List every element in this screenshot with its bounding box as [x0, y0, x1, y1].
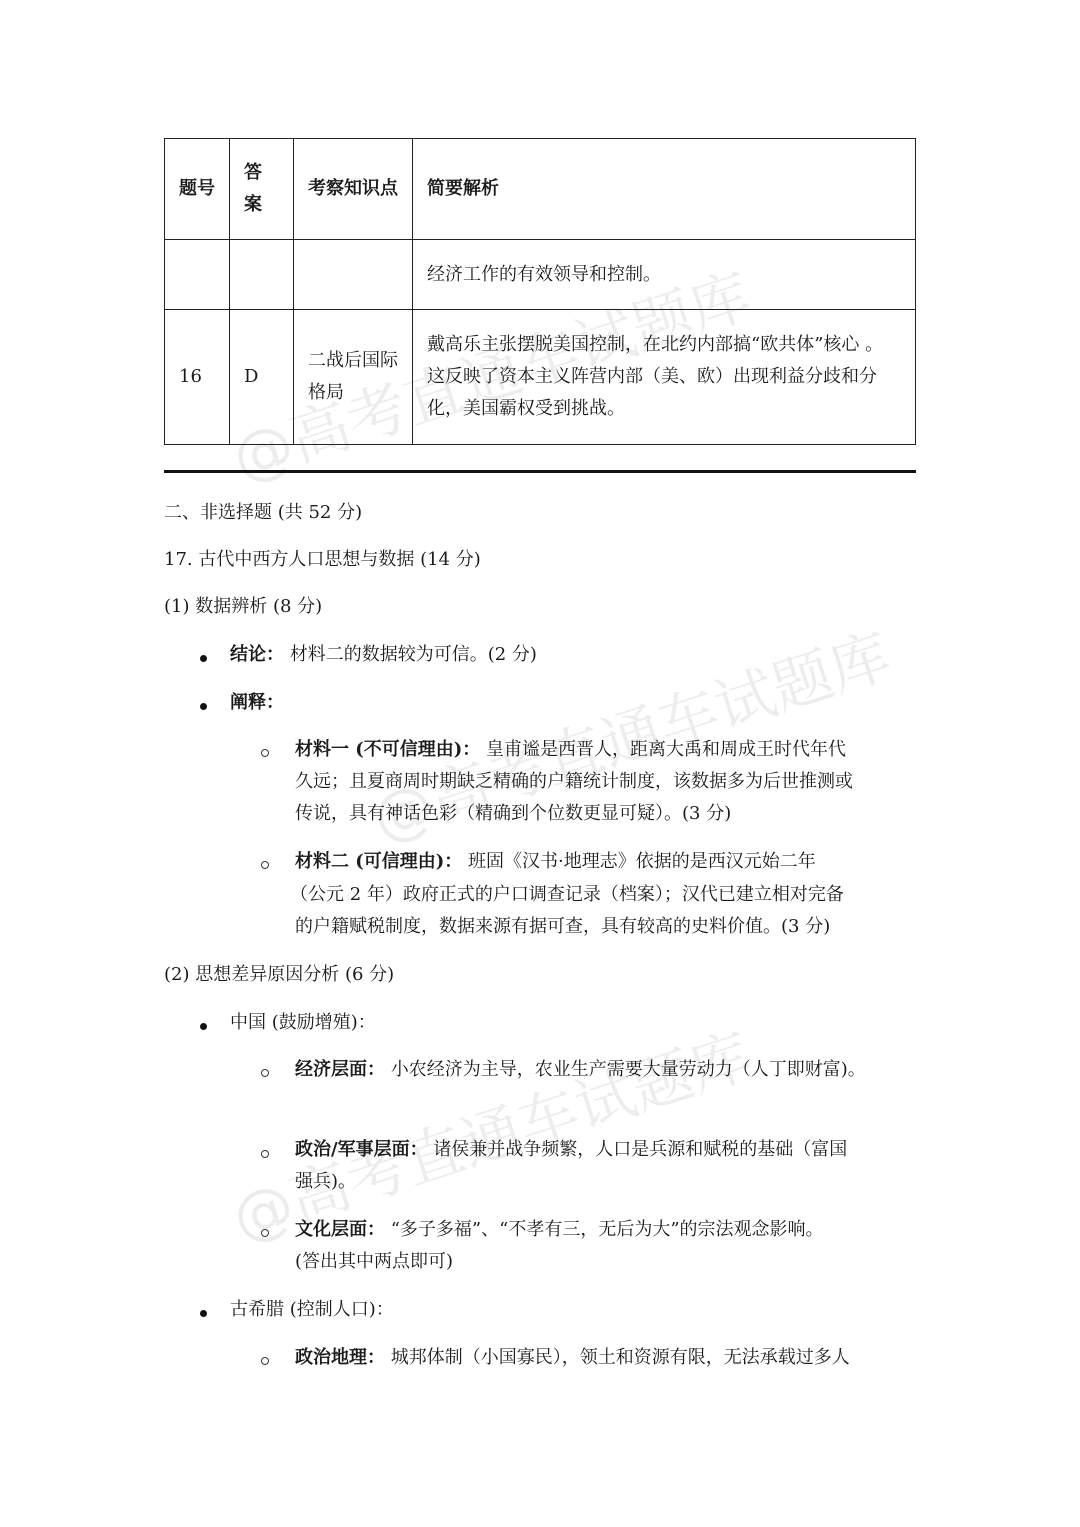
china-label: 中国 (鼓励增殖)： [230, 1007, 376, 1039]
conclusion-text: 材料二的数据较为可信。(2 分) [290, 644, 537, 665]
cell-num: 16 [165, 310, 230, 445]
header-num: 题号 [165, 139, 230, 240]
cell-num [165, 240, 230, 310]
material1-label: 材料一 (不可信理由)： [295, 739, 480, 760]
material2-line3: 的户籍赋税制度，数据来源有据可查，具有较高的史料价值。(3 分) [295, 911, 830, 943]
conclusion-label: 结论： [230, 644, 284, 665]
question-title: 17. 古代中西方人口思想与数据 (14 分) [164, 544, 481, 576]
part2-title: (2) 思想差异原因分析 (6 分) [164, 959, 394, 991]
bullet-icon [200, 1023, 207, 1030]
conclusion: 结论： 材料二的数据较为可信。(2 分) [230, 639, 537, 671]
politics-label: 政治/军事层面： [295, 1139, 428, 1160]
section-title: 二、非选择题 (共 52 分) [164, 497, 362, 529]
circle-bullet-icon [261, 1150, 269, 1158]
politics-line1: 政治/军事层面： 诸侯兼并战争频繁，人口是兵源和赋税的基础（富国 [295, 1134, 847, 1166]
cell-topic [294, 240, 413, 310]
economy-line: 经济层面： 小农经济为主导，农业生产需要大量劳动力（人丁即财富)。 [295, 1054, 866, 1086]
material2-line1: 材料二 (可信理由)： 班固《汉书·地理志》依据的是西汉元始二年 [295, 846, 816, 878]
header-topic: 考察知识点 [294, 139, 413, 240]
cell-topic: 二战后国际格局 [294, 310, 413, 445]
divider [164, 470, 916, 473]
bullet-icon [200, 1310, 207, 1317]
material1-line3: 传说，具有神话色彩（精确到个位数更显可疑）。(3 分) [295, 798, 731, 830]
geography-line: 政治地理： 城邦体制（小国寡民），领土和资源有限，无法承载过多人 [295, 1342, 850, 1374]
culture-note: (答出其中两点即可) [295, 1246, 453, 1278]
document-page: @高考直通车试题库 @高考直通车试题库 @高考直通车试题库 题号 答案 考察知识… [0, 0, 1080, 1527]
economy-text: 小农经济为主导，农业生产需要大量劳动力（人丁即财富)。 [391, 1059, 866, 1080]
culture-line: 文化层面： “多子多福”、“不孝有三，无后为大”的宗法观念影响。 [295, 1214, 824, 1246]
geography-text: 城邦体制（小国寡民），领土和资源有限，无法承载过多人 [391, 1347, 850, 1368]
header-analysis: 简要解析 [413, 139, 916, 240]
cell-analysis: 经济工作的有效领导和控制。 [413, 240, 916, 310]
cell-answer [230, 240, 294, 310]
culture-label: 文化层面： [295, 1219, 385, 1240]
circle-bullet-icon [261, 1357, 269, 1365]
explain-label: 阐释： [230, 687, 284, 719]
cell-answer: D [230, 310, 294, 445]
material1-text: 皇甫谧是西晋人，距离大禹和周成王时代年代 [486, 739, 846, 760]
circle-bullet-icon [261, 749, 269, 757]
material2-text: 班固《汉书·地理志》依据的是西汉元始二年 [468, 851, 816, 872]
table-row: 16 D 二战后国际格局 戴高乐主张摆脱美国控制，在北约内部搞“欧共体”核心 。… [165, 310, 916, 445]
material2-line2: （公元 2 年）政府正式的户口调查记录（档案）；汉代已建立相对完备 [290, 879, 844, 911]
bullet-icon [200, 703, 207, 710]
answer-table: 题号 答案 考察知识点 简要解析 经济工作的有效领导和控制。 16 D 二战后国… [164, 138, 916, 445]
material2-label: 材料二 (可信理由)： [295, 851, 462, 872]
circle-bullet-icon [261, 861, 269, 869]
part1-title: (1) 数据辨析 (8 分) [164, 591, 322, 623]
economy-label: 经济层面： [295, 1059, 385, 1080]
material1-line2: 久远；且夏商周时期缺乏精确的户籍统计制度，该数据多为后世推测或 [295, 766, 853, 798]
politics-line2: 强兵)。 [295, 1166, 356, 1198]
circle-bullet-icon [261, 1229, 269, 1237]
politics-text: 诸侯兼并战争频繁，人口是兵源和赋税的基础（富国 [433, 1139, 847, 1160]
table-row: 经济工作的有效领导和控制。 [165, 240, 916, 310]
header-answer: 答案 [230, 139, 294, 240]
greece-label: 古希腊 (控制人口)： [230, 1294, 394, 1326]
table-header-row: 题号 答案 考察知识点 简要解析 [165, 139, 916, 240]
material1-line1: 材料一 (不可信理由)： 皇甫谧是西晋人，距离大禹和周成王时代年代 [295, 734, 846, 766]
cell-analysis: 戴高乐主张摆脱美国控制，在北约内部搞“欧共体”核心 。这反映了资本主义阵营内部（… [413, 310, 916, 445]
bullet-icon [200, 655, 207, 662]
culture-text: “多子多福”、“不孝有三，无后为大”的宗法观念影响。 [391, 1219, 824, 1240]
geography-label: 政治地理： [295, 1347, 385, 1368]
circle-bullet-icon [261, 1069, 269, 1077]
